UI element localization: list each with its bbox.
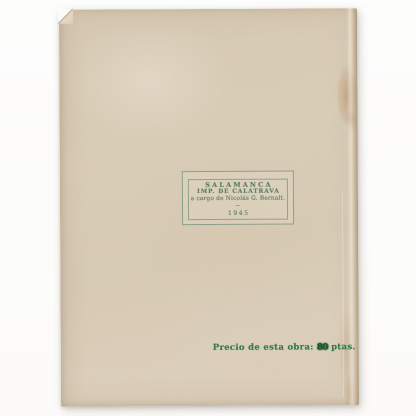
stamp-divider: — — [235, 204, 240, 209]
paper-crease — [341, 191, 345, 397]
printer-stamp-inner-frame: SALAMANCA IMP. DE CALATRAVA a cargo de N… — [188, 179, 288, 221]
stamp-year: 1945 — [226, 210, 249, 216]
book-back-cover: SALAMANCA IMP. DE CALATRAVA a cargo de N… — [59, 8, 359, 407]
price-prefix: Precio de esta obra: — [213, 342, 317, 353]
folded-corner — [58, 9, 73, 24]
price-suffix: ptas. — [328, 342, 356, 352]
photo-canvas: SALAMANCA IMP. DE CALATRAVA a cargo de N… — [0, 0, 416, 416]
printer-stamp: SALAMANCA IMP. DE CALATRAVA a cargo de N… — [182, 171, 294, 226]
price-amount: 80 — [317, 342, 328, 352]
price-line: Precio de esta obra: 80 ptas. — [213, 342, 359, 353]
stamp-manager: a cargo de Nicolás G. Bernalt. — [191, 197, 285, 203]
